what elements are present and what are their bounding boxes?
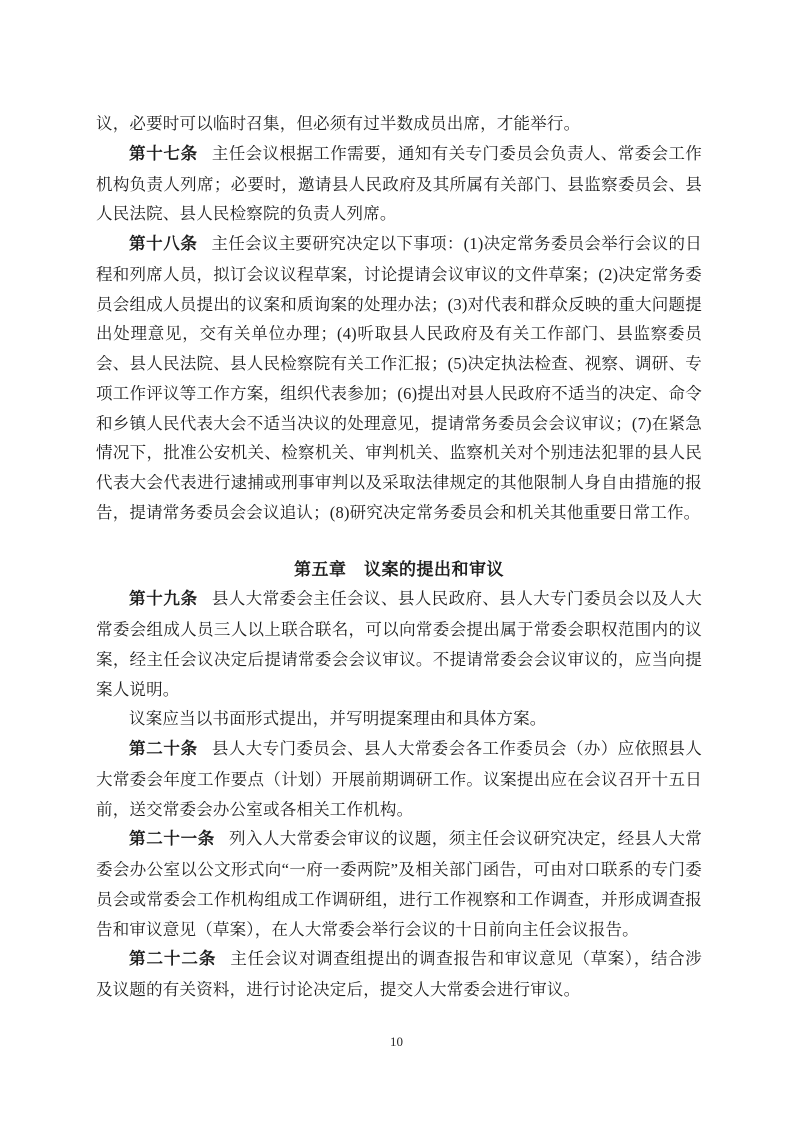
article-19-number: 第十九条 — [129, 590, 198, 608]
article-18-text: 主任会议主要研究决定以下事项：(1)决定常务委员会举行会议的日程和列席人员，拟订… — [96, 234, 702, 522]
article-21-number: 第二十一条 — [129, 830, 215, 848]
document-page: 议，必要时可以临时召集，但必须有过半数成员出席，才能举行。 第十七条主任会议根据… — [0, 0, 793, 1122]
paragraph-bill-form: 议案应当以书面形式提出，并写明提案理由和具体方案。 — [96, 704, 702, 734]
paragraph-continuation: 议，必要时可以临时召集，但必须有过半数成员出席，才能举行。 — [96, 109, 702, 139]
paragraph-article-18: 第十八条主任会议主要研究决定以下事项：(1)决定常务委员会举行会议的日程和列席人… — [96, 229, 702, 528]
document-content: 议，必要时可以临时召集，但必须有过半数成员出席，才能举行。 第十七条主任会议根据… — [96, 109, 702, 1005]
paragraph-article-22: 第二十二条主任会议对调查组提出的调查报告和审议意见（草案），结合涉及议题的有关资… — [96, 944, 702, 1005]
page-number: 10 — [0, 1034, 793, 1050]
chapter-5-heading: 第五章 议案的提出和审议 — [96, 555, 702, 585]
article-18-number: 第十八条 — [129, 235, 197, 253]
paragraph-article-17: 第十七条主任会议根据工作需要，通知有关专门委员会负责人、常委会工作机构负责人列席… — [96, 139, 702, 229]
paragraph-article-19: 第十九条县人大常委会主任会议、县人民政府、县人大专门委员会以及人大常委会组成人员… — [96, 584, 702, 704]
article-20-number: 第二十条 — [129, 740, 198, 758]
article-17-number: 第十七条 — [129, 145, 198, 163]
paragraph-article-21: 第二十一条列入人大常委会审议的议题，须主任会议研究决定，经县人大常委会办公室以公… — [96, 824, 702, 944]
paragraph-article-20: 第二十条县人大专门委员会、县人大常委会各工作委员会（办）应依照县人大常委会年度工… — [96, 734, 702, 824]
article-22-number: 第二十二条 — [129, 950, 216, 968]
